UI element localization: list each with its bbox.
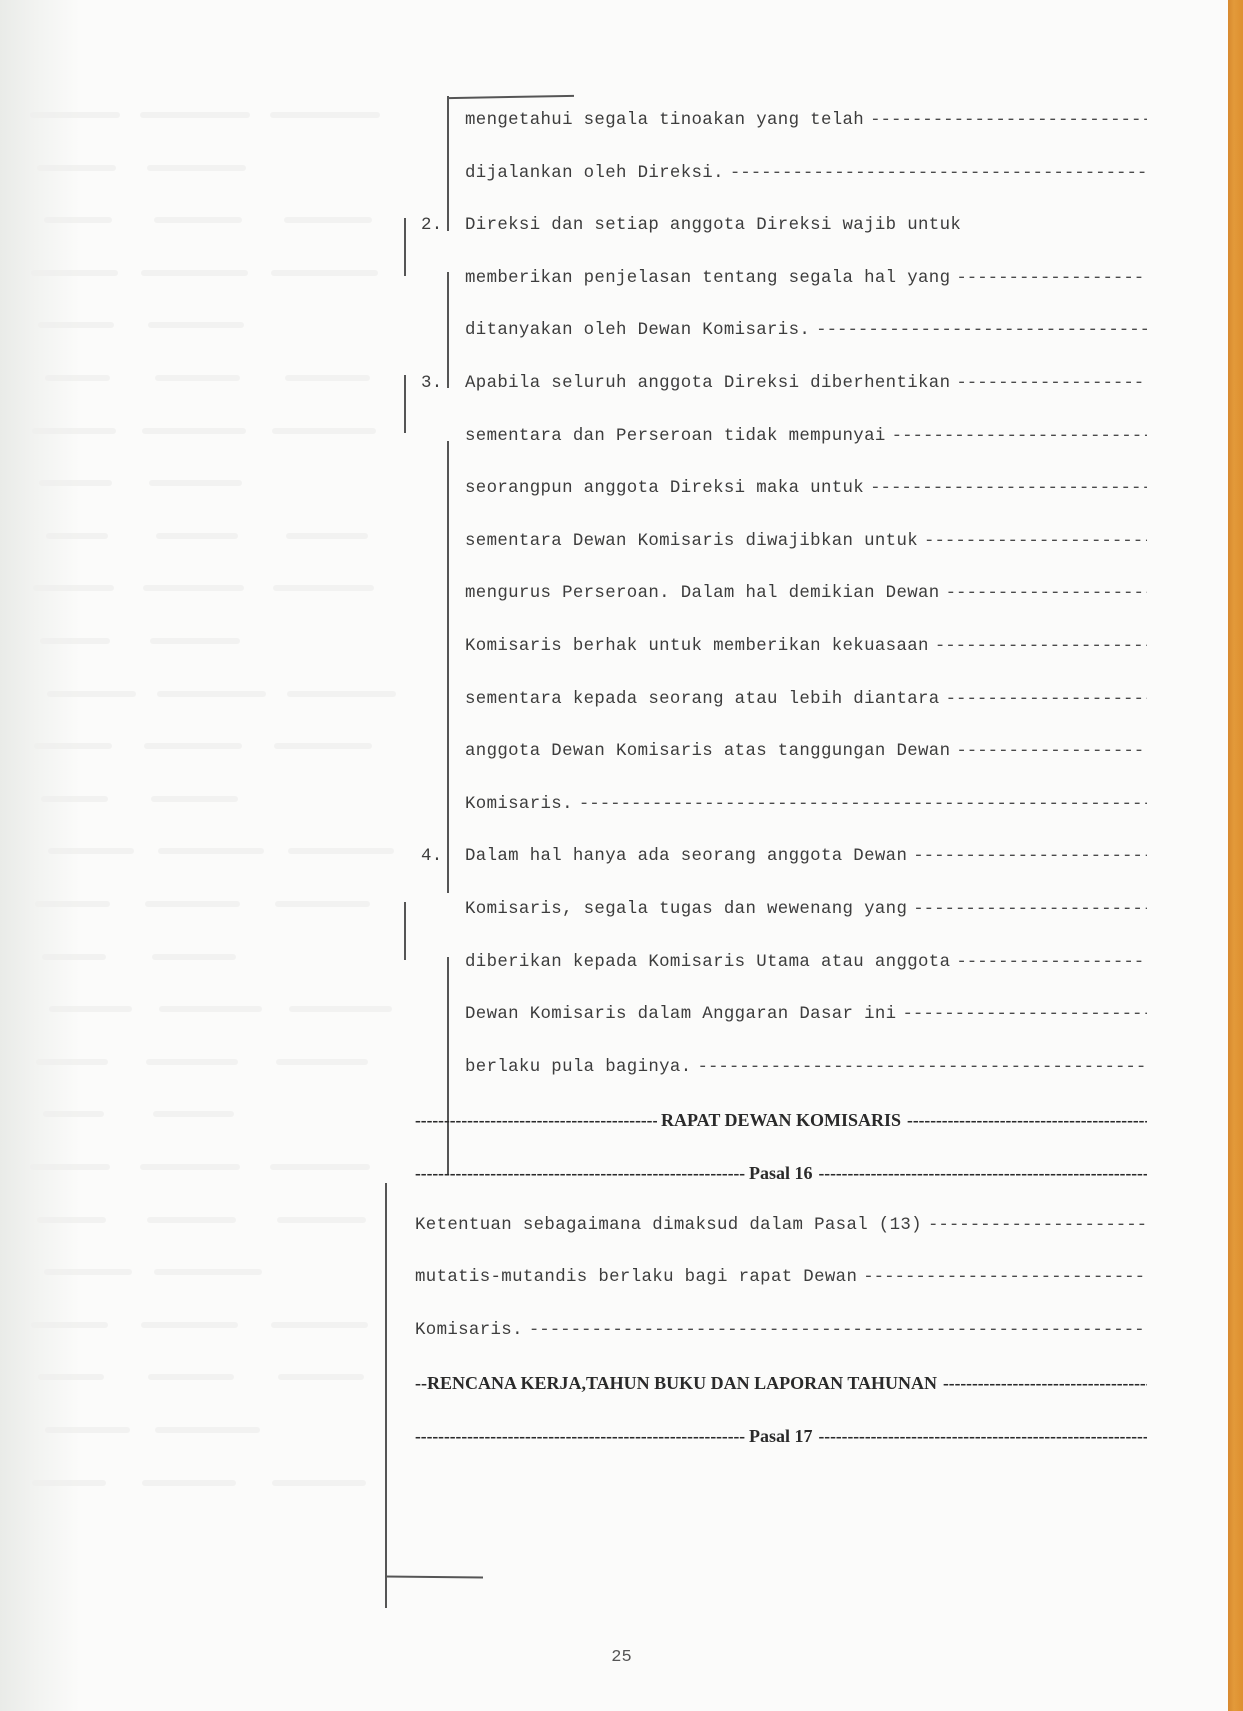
dash-filler: ----------------------------------------…: [415, 1162, 745, 1184]
bleed-through-stroke: [143, 585, 244, 591]
bleed-through-stroke: [156, 533, 238, 539]
bleed-through-stroke: [157, 691, 266, 697]
line-text: Dalam hal hanya ada seorang anggota Dewa…: [465, 847, 907, 866]
dash-filler: ----------------------------------------…: [924, 531, 1147, 553]
line-text: diberikan kepada Komisaris Utama atau an…: [465, 953, 950, 972]
scan-left-shadow: [0, 0, 80, 1711]
bleed-through-stroke: [276, 1059, 368, 1065]
dash-filler: ----------------------------------------…: [816, 320, 1147, 342]
text-line: Komisaris, segala tugas dan wewenang yan…: [465, 899, 907, 921]
bleed-through-stroke: [40, 638, 110, 644]
dash-filler: ----------------------------------------…: [415, 1109, 657, 1131]
bleed-through-stroke: [286, 533, 368, 539]
dash-filler: ----------------------------------------…: [928, 1215, 1147, 1237]
bleed-through-stroke: [32, 1480, 106, 1486]
dash-filler: ----------------------------------------…: [892, 426, 1147, 448]
dash-filler: ----------------------------------------…: [730, 163, 1147, 185]
line-text: seorangpun anggota Direksi maka untuk: [465, 479, 864, 498]
dash-filler: ----------------------------------------…: [870, 110, 1147, 132]
text-line: sementara kepada seorang atau lebih dian…: [465, 689, 940, 711]
bleed-through-stroke: [145, 901, 240, 907]
bleed-through-stroke: [42, 954, 106, 960]
text-line: Dewan Komisaris dalam Anggaran Dasar ini: [465, 1004, 896, 1026]
line-text: berlaku pula baginya.: [465, 1058, 692, 1077]
dash-filler: ----------------------------------------…: [579, 794, 1147, 816]
bleed-through-stroke: [154, 217, 242, 223]
line-text: Dewan Komisaris dalam Anggaran Dasar ini: [465, 1005, 896, 1024]
dash-filler: ----------------------------------------…: [935, 636, 1147, 658]
page-edge-binding-strip: [1228, 0, 1243, 1711]
bleed-through-stroke: [271, 1322, 368, 1328]
text-line: Komisaris.: [465, 794, 573, 816]
bleed-through-stroke: [45, 375, 110, 381]
text-line: sementara Dewan Komisaris diwajibkan unt…: [465, 531, 918, 553]
item-number: 4.: [421, 846, 465, 868]
dash-filler: ----------------------------------------…: [907, 1109, 1147, 1131]
line-text: memberikan penjelasan tentang segala hal…: [465, 269, 950, 288]
text-line: Ketentuan sebagaimana dimaksud dalam Pas…: [415, 1215, 922, 1237]
bracket-bar: [385, 1183, 387, 1608]
dash-filler: ----------------------------------------…: [819, 1425, 1147, 1447]
line-text: Komisaris.: [465, 795, 573, 814]
bleed-through-stroke: [285, 375, 370, 381]
bleed-through-stroke: [152, 954, 236, 960]
bleed-through-stroke: [275, 901, 370, 907]
line-text: sementara Dewan Komisaris diwajibkan unt…: [465, 532, 918, 551]
item-number: 2.: [421, 215, 465, 237]
bleed-through-stroke: [140, 1164, 240, 1170]
bleed-through-stroke: [37, 1217, 106, 1223]
dash-filler: ----------------------------------------…: [870, 478, 1147, 500]
dash-filler: ----------------------------------------…: [913, 899, 1147, 921]
bleed-through-stroke: [31, 270, 118, 276]
bleed-through-stroke: [270, 112, 380, 118]
bleed-through-stroke: [44, 1269, 132, 1275]
bleed-through-stroke: [48, 848, 134, 854]
bleed-through-stroke: [154, 1269, 262, 1275]
bracket-bar: [404, 375, 406, 433]
bleed-through-stroke: [30, 1164, 110, 1170]
dash-filler: ----------------------------------------…: [943, 1372, 1147, 1394]
line-text: Apabila seluruh anggota Direksi diberhen…: [465, 374, 950, 393]
dash-filler: ----------------------------------------…: [956, 373, 1147, 395]
bleed-through-stroke: [159, 1006, 262, 1012]
dash-filler: ----------------------------------------…: [415, 1425, 745, 1447]
bleed-through-stroke: [32, 428, 116, 434]
bleed-through-stroke: [33, 585, 114, 591]
bleed-through-stroke: [147, 165, 246, 171]
dash-filler: ----------------------------------------…: [956, 952, 1147, 974]
text-line: berlaku pula baginya.: [465, 1057, 692, 1079]
numbered-item-line: 2.Direksi dan setiap anggota Direksi waj…: [421, 215, 961, 237]
bleed-through-stroke: [158, 848, 264, 854]
bleed-through-stroke: [31, 1322, 108, 1328]
line-text: Komisaris.: [415, 1321, 523, 1340]
item-number: 3.: [421, 373, 465, 395]
text-line: ditanyakan oleh Dewan Komisaris.: [465, 320, 810, 342]
bleed-through-stroke: [44, 217, 112, 223]
bleed-through-stroke: [142, 428, 246, 434]
text-line: mengurus Perseroan. Dalam hal demikian D…: [465, 583, 940, 605]
text-line: Komisaris.: [415, 1320, 523, 1342]
bleed-through-stroke: [284, 217, 372, 223]
line-text: sementara dan Perseroan tidak mempunyai: [465, 427, 886, 446]
bleed-through-stroke: [148, 1374, 234, 1380]
bleed-through-stroke: [155, 375, 240, 381]
line-text: Komisaris, segala tugas dan wewenang yan…: [465, 900, 907, 919]
text-line: Komisaris berhak untuk memberikan kekuas…: [465, 636, 929, 658]
dash-filler: ----------------------------------------…: [902, 1004, 1147, 1026]
bleed-through-stroke: [287, 691, 396, 697]
bottom-bracket-rule: [385, 1575, 483, 1578]
top-bracket-rule: [448, 95, 574, 99]
bleed-through-stroke: [49, 1006, 132, 1012]
section-heading-line: --RENCANA KERJA,TAHUN BUKU DAN LAPORAN T…: [415, 1372, 937, 1394]
line-text: Ketentuan sebagaimana dimaksud dalam Pas…: [415, 1216, 922, 1235]
dash-filler: ----------------------------------------…: [529, 1320, 1147, 1342]
bleed-through-stroke: [272, 1480, 366, 1486]
bleed-through-stroke: [270, 1164, 370, 1170]
bleed-through-stroke: [38, 322, 114, 328]
line-text: dijalankan oleh Direksi.: [465, 164, 724, 183]
bleed-through-stroke: [35, 901, 110, 907]
bleed-through-stroke: [272, 428, 376, 434]
bleed-through-stroke: [151, 796, 238, 802]
bracket-bar: [404, 218, 406, 276]
bleed-through-stroke: [30, 112, 120, 118]
dash-filler: ----------------------------------------…: [946, 583, 1147, 605]
text-line: sementara dan Perseroan tidak mempunyai: [465, 426, 886, 448]
bleed-through-stroke: [146, 1059, 238, 1065]
bleed-through-stroke: [148, 322, 244, 328]
bleed-through-stroke: [147, 1217, 236, 1223]
bleed-through-stroke: [288, 848, 394, 854]
bleed-through-stroke: [277, 1217, 366, 1223]
numbered-item-line: 4.Dalam hal hanya ada seorang anggota De…: [421, 846, 907, 868]
dash-filler: ----------------------------------------…: [698, 1057, 1147, 1079]
bleed-through-stroke: [140, 112, 250, 118]
bleed-through-stroke: [274, 743, 372, 749]
bleed-through-stroke: [289, 1006, 392, 1012]
line-text: ditanyakan oleh Dewan Komisaris.: [465, 321, 810, 340]
text-line: diberikan kepada Komisaris Utama atau an…: [465, 952, 950, 974]
line-text: Direksi dan setiap anggota Direksi wajib…: [465, 216, 961, 235]
bleed-through-stroke: [39, 480, 112, 486]
bleed-through-stroke: [144, 743, 242, 749]
bracket-bar: [447, 957, 449, 1175]
section-heading-line: Pasal 16: [749, 1162, 813, 1184]
dash-filler: ----------------------------------------…: [956, 741, 1147, 763]
bleed-through-stroke: [141, 1322, 238, 1328]
text-line: seorangpun anggota Direksi maka untuk: [465, 478, 864, 500]
dash-filler: ----------------------------------------…: [913, 846, 1147, 868]
bleed-through-stroke: [153, 1111, 234, 1117]
bleed-through-stroke: [36, 1059, 108, 1065]
line-text: anggota Dewan Komisaris atas tanggungan …: [465, 742, 950, 761]
line-text: --RENCANA KERJA,TAHUN BUKU DAN LAPORAN T…: [415, 1373, 937, 1393]
bracket-bar: [447, 441, 449, 893]
dash-filler: ----------------------------------------…: [946, 689, 1147, 711]
line-text: mengetahui segala tinoakan yang telah: [465, 111, 864, 130]
bleed-through-stroke: [150, 638, 240, 644]
dash-filler: ----------------------------------------…: [956, 268, 1147, 290]
text-line: memberikan penjelasan tentang segala hal…: [465, 268, 950, 290]
dash-filler: ----------------------------------------…: [863, 1267, 1147, 1289]
bleed-through-stroke: [43, 1111, 104, 1117]
bleed-through-stroke: [45, 1427, 130, 1433]
bleed-through-stroke: [38, 1374, 104, 1380]
bracket-bar: [404, 902, 406, 960]
bleed-through-stroke: [142, 1480, 236, 1486]
section-heading-line: Pasal 17: [749, 1425, 813, 1447]
bleed-through-stroke: [273, 585, 374, 591]
bleed-through-stroke: [47, 691, 136, 697]
dash-filler: ----------------------------------------…: [819, 1162, 1147, 1184]
bracket-bar: [447, 272, 449, 388]
bleed-through-stroke: [141, 270, 248, 276]
bleed-through-stroke: [271, 270, 378, 276]
line-text: Komisaris berhak untuk memberikan kekuas…: [465, 637, 929, 656]
bleed-through-stroke: [37, 165, 116, 171]
line-text: mengurus Perseroan. Dalam hal demikian D…: [465, 584, 940, 603]
text-line: dijalankan oleh Direksi.: [465, 163, 724, 185]
bleed-through-stroke: [278, 1374, 364, 1380]
numbered-item-line: 3.Apabila seluruh anggota Direksi diberh…: [421, 373, 950, 395]
text-line: anggota Dewan Komisaris atas tanggungan …: [465, 741, 950, 763]
page-number: 25: [0, 1648, 1243, 1667]
line-text: mutatis-mutandis berlaku bagi rapat Dewa…: [415, 1268, 857, 1287]
section-heading-line: RAPAT DEWAN KOMISARIS: [661, 1109, 901, 1131]
bleed-through-stroke: [46, 533, 108, 539]
text-line: mengetahui segala tinoakan yang telah: [465, 110, 864, 132]
bleed-through-stroke: [41, 796, 108, 802]
bleed-through-stroke: [155, 1427, 260, 1433]
bleed-through-stroke: [149, 480, 242, 486]
bracket-bar: [447, 96, 449, 231]
text-line: mutatis-mutandis berlaku bagi rapat Dewa…: [415, 1267, 857, 1289]
line-text: sementara kepada seorang atau lebih dian…: [465, 690, 940, 709]
bleed-through-stroke: [34, 743, 112, 749]
